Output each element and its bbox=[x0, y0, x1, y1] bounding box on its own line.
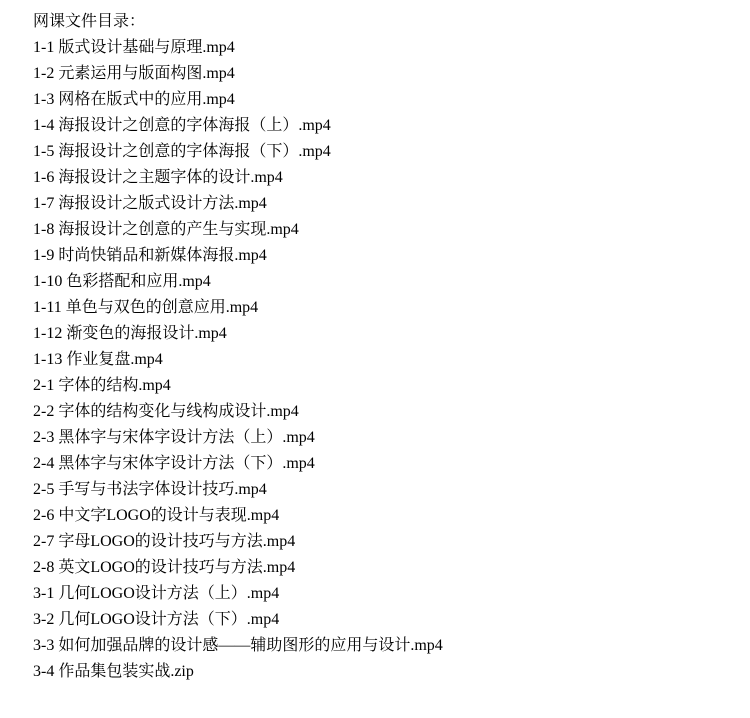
file-item: 2-5 手写与书法字体设计技巧.mp4 bbox=[33, 477, 730, 503]
file-item: 2-2 字体的结构变化与线构成设计.mp4 bbox=[33, 399, 730, 425]
file-item: 1-3 网格在版式中的应用.mp4 bbox=[33, 87, 730, 113]
file-item: 2-7 字母LOGO的设计技巧与方法.mp4 bbox=[33, 529, 730, 555]
file-item: 2-1 字体的结构.mp4 bbox=[33, 373, 730, 399]
file-item: 1-12 渐变色的海报设计.mp4 bbox=[33, 321, 730, 347]
file-item: 1-13 作业复盘.mp4 bbox=[33, 347, 730, 373]
document-page: 网课文件目录： 1-1 版式设计基础与原理.mp41-2 元素运用与版面构图.m… bbox=[0, 0, 750, 685]
file-item: 1-7 海报设计之版式设计方法.mp4 bbox=[33, 191, 730, 217]
file-item: 2-8 英文LOGO的设计技巧与方法.mp4 bbox=[33, 555, 730, 581]
file-item: 2-4 黑体字与宋体字设计方法（下）.mp4 bbox=[33, 451, 730, 477]
file-item: 1-9 时尚快销品和新媒体海报.mp4 bbox=[33, 243, 730, 269]
file-item: 1-11 单色与双色的创意应用.mp4 bbox=[33, 295, 730, 321]
file-item: 1-2 元素运用与版面构图.mp4 bbox=[33, 61, 730, 87]
file-item: 1-8 海报设计之创意的产生与实现.mp4 bbox=[33, 217, 730, 243]
file-item: 1-4 海报设计之创意的字体海报（上）.mp4 bbox=[33, 113, 730, 139]
file-list: 1-1 版式设计基础与原理.mp41-2 元素运用与版面构图.mp41-3 网格… bbox=[33, 35, 730, 685]
file-item: 1-6 海报设计之主题字体的设计.mp4 bbox=[33, 165, 730, 191]
file-item: 3-4 作品集包装实战.zip bbox=[33, 659, 730, 685]
doc-title: 网课文件目录： bbox=[33, 9, 730, 35]
file-item: 2-6 中文字LOGO的设计与表现.mp4 bbox=[33, 503, 730, 529]
file-item: 1-5 海报设计之创意的字体海报（下）.mp4 bbox=[33, 139, 730, 165]
file-item: 1-10 色彩搭配和应用.mp4 bbox=[33, 269, 730, 295]
file-item: 1-1 版式设计基础与原理.mp4 bbox=[33, 35, 730, 61]
file-item: 3-2 几何LOGO设计方法（下）.mp4 bbox=[33, 607, 730, 633]
file-item: 3-1 几何LOGO设计方法（上）.mp4 bbox=[33, 581, 730, 607]
file-item: 2-3 黑体字与宋体字设计方法（上）.mp4 bbox=[33, 425, 730, 451]
file-item: 3-3 如何加强品牌的设计感——辅助图形的应用与设计.mp4 bbox=[33, 633, 730, 659]
